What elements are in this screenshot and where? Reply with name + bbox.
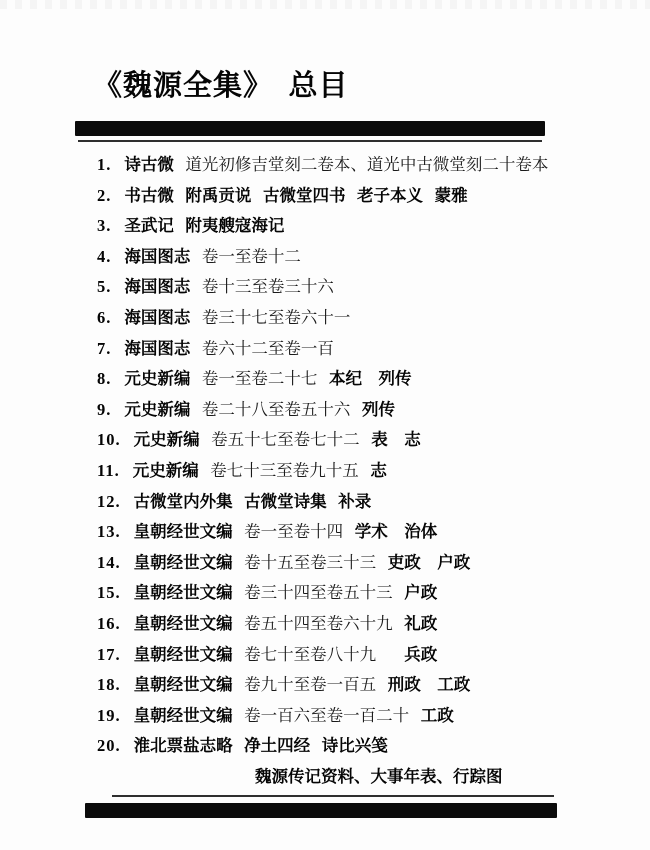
toc-item-volume-range: 卷十五至卷三十三 <box>244 553 376 572</box>
toc-item-number: 11. <box>97 461 120 480</box>
toc-item-volume-range: 道光初修吉堂刻二卷本、道光中古微堂刻二十卷本 <box>185 155 548 174</box>
toc-item: 16.皇朝经世文编卷五十四至卷六十九礼政 <box>97 609 597 640</box>
toc-item-title: 皇朝经世文编 <box>134 583 233 602</box>
toc-item-number: 16. <box>97 614 121 633</box>
toc-item-title: 本纪 列传 <box>329 369 412 388</box>
toc-item-title: 皇朝经世文编 <box>134 614 233 633</box>
toc-item-number: 19. <box>97 706 121 725</box>
page-title: 《魏源全集》 总目 <box>93 66 349 104</box>
toc-item-title: 古微堂内外集 <box>134 492 233 511</box>
toc-item-title: 吏政 户政 <box>388 553 471 572</box>
footer-divider-bar <box>85 803 557 818</box>
toc-item: 14.皇朝经世文编卷十五至卷三十三吏政 户政 <box>97 548 597 579</box>
toc-item-title: 刑政 工政 <box>388 675 471 694</box>
toc-item-title: 海国图志 <box>124 277 190 296</box>
toc-item: 10.元史新编卷五十七至卷七十二表 志 <box>97 425 597 456</box>
toc-item: 2.书古微附禹贡说古微堂四书老子本义蒙雅 <box>97 181 597 212</box>
toc-item-title: 书古微 <box>124 186 174 205</box>
toc-item-volume-range: 卷七十至卷八十九 <box>244 645 376 664</box>
toc-item: 8.元史新编卷一至卷二十七本纪 列传 <box>97 364 597 395</box>
toc-item-title: 兵政 <box>388 645 438 664</box>
toc-item-number: 2. <box>97 186 111 205</box>
toc-item-volume-range: 卷六十二至卷一百 <box>202 339 334 358</box>
toc-item-title: 元史新编 <box>124 369 190 388</box>
toc-item-number: 3. <box>97 216 111 235</box>
toc-item: 15.皇朝经世文编卷三十四至卷五十三户政 <box>97 578 597 609</box>
toc-item-title: 元史新编 <box>124 400 190 419</box>
toc-item-title: 列传 <box>362 400 395 419</box>
toc-item-title: 圣武记 <box>124 216 174 235</box>
toc-item-number: 6. <box>97 308 111 327</box>
toc-item-volume-range: 卷三十四至卷五十三 <box>244 583 393 602</box>
title-divider-underline <box>78 140 542 142</box>
toc-item-number: 13. <box>97 522 121 541</box>
toc-item: 12.古微堂内外集古微堂诗集补录 <box>97 487 597 518</box>
toc-item-title: 诗古微 <box>124 155 174 174</box>
toc-item-volume-range: 卷七十三至卷九十五 <box>210 461 359 480</box>
toc-item-title: 附禹贡说 <box>185 186 251 205</box>
toc-item-title: 古微堂诗集 <box>244 492 327 511</box>
toc-item-volume-range: 卷一至卷十四 <box>244 522 343 541</box>
toc-item-title: 海国图志 <box>124 308 190 327</box>
toc-item: 11.元史新编卷七十三至卷九十五志 <box>97 456 597 487</box>
toc-list: 1.诗古微道光初修吉堂刻二卷本、道光中古微堂刻二十卷本2.书古微附禹贡说古微堂四… <box>97 150 597 792</box>
toc-item-volume-range: 卷十三至卷三十六 <box>202 277 334 296</box>
toc-item-number: 14. <box>97 553 121 572</box>
toc-item-number: 7. <box>97 339 111 358</box>
toc-item-title: 海国图志 <box>124 339 190 358</box>
toc-item-number: 4. <box>97 247 111 266</box>
toc-item-title: 学术 治体 <box>355 522 438 541</box>
toc-item: 6.海国图志卷三十七至卷六十一 <box>97 303 597 334</box>
toc-item-volume-range: 卷三十七至卷六十一 <box>202 308 351 327</box>
toc-item-volume-range: 卷九十至卷一百五 <box>244 675 376 694</box>
toc-item-title: 老子本义 <box>357 186 423 205</box>
toc-item-title: 元史新编 <box>134 430 200 449</box>
toc-item-title: 工政 <box>421 706 454 725</box>
toc-item: 13.皇朝经世文编卷一至卷十四学术 治体 <box>97 517 597 548</box>
toc-item-volume-range: 卷一至卷十二 <box>202 247 301 266</box>
toc-item: 5.海国图志卷十三至卷三十六 <box>97 272 597 303</box>
toc-item: 3.圣武记附夷艘寇海记 <box>97 211 597 242</box>
toc-item-volume-range: 卷二十八至卷五十六 <box>202 400 351 419</box>
toc-item: 9.元史新编卷二十八至卷五十六列传 <box>97 395 597 426</box>
toc-item-title: 海国图志 <box>124 247 190 266</box>
toc-item-title: 附夷艘寇海记 <box>185 216 284 235</box>
toc-item-volume-range: 卷一至卷二十七 <box>202 369 318 388</box>
toc-item-title: 户政 <box>404 583 437 602</box>
toc-item-title: 魏源传记资料、大事年表、行踪图 <box>255 767 503 786</box>
toc-item-title: 皇朝经世文编 <box>134 553 233 572</box>
toc-item: 20.淮北票盐志略净土四经诗比兴笺 <box>97 731 597 762</box>
toc-item: 18.皇朝经世文编卷九十至卷一百五刑政 工政 <box>97 670 597 701</box>
toc-item-number: 18. <box>97 675 121 694</box>
toc-item-title: 蒙雅 <box>435 186 468 205</box>
toc-item: 17.皇朝经世文编卷七十至卷八十九 兵政 <box>97 640 597 671</box>
toc-item-title: 志 <box>370 461 387 480</box>
toc-item-title: 净土四经 <box>244 736 310 755</box>
toc-item-title: 表 志 <box>371 430 421 449</box>
toc-item-volume-range: 卷一百六至卷一百二十 <box>244 706 409 725</box>
toc-item-number: 20. <box>97 736 121 755</box>
toc-item-number: 10. <box>97 430 121 449</box>
toc-item: 19.皇朝经世文编卷一百六至卷一百二十工政 <box>97 701 597 732</box>
toc-item-number: 17. <box>97 645 121 664</box>
toc-item-title: 皇朝经世文编 <box>134 675 233 694</box>
toc-item-number: 15. <box>97 583 121 602</box>
toc-item-volume-range: 卷五十四至卷六十九 <box>244 614 393 633</box>
footer-divider-overline <box>112 795 554 797</box>
toc-item-title: 元史新编 <box>133 461 199 480</box>
toc-item: 魏源传记资料、大事年表、行踪图 <box>97 762 597 793</box>
toc-item-title: 补录 <box>338 492 371 511</box>
scanned-toc-page: 《魏源全集》 总目 1.诗古微道光初修吉堂刻二卷本、道光中古微堂刻二十卷本2.书… <box>0 0 650 850</box>
toc-item: 7.海国图志卷六十二至卷一百 <box>97 334 597 365</box>
toc-item-title: 诗比兴笺 <box>322 736 388 755</box>
toc-item-title: 皇朝经世文编 <box>134 522 233 541</box>
toc-item-title: 皇朝经世文编 <box>134 706 233 725</box>
toc-item-number: 5. <box>97 277 111 296</box>
scan-noise-strip <box>0 0 650 9</box>
toc-item-volume-range: 卷五十七至卷七十二 <box>211 430 360 449</box>
toc-item: 1.诗古微道光初修吉堂刻二卷本、道光中古微堂刻二十卷本 <box>97 150 597 181</box>
toc-item-title: 古微堂四书 <box>263 186 346 205</box>
toc-item-title: 淮北票盐志略 <box>134 736 233 755</box>
toc-item-number: 12. <box>97 492 121 511</box>
toc-item-number: 9. <box>97 400 111 419</box>
toc-item-number: 8. <box>97 369 111 388</box>
toc-item-title: 礼政 <box>404 614 437 633</box>
toc-item: 4.海国图志卷一至卷十二 <box>97 242 597 273</box>
toc-item-number: 1. <box>97 155 111 174</box>
title-divider-bar <box>75 121 545 136</box>
toc-item-title: 皇朝经世文编 <box>134 645 233 664</box>
